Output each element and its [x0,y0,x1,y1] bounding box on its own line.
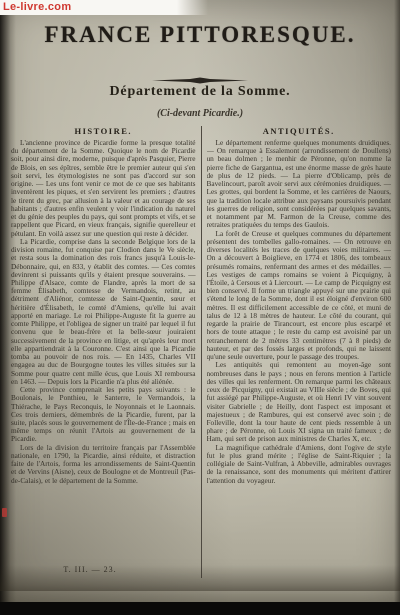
paragraph: Le département renferme quelques monumen… [207,139,392,230]
paragraph: La magnifique cathédrale d'Amiens, dont … [207,444,392,485]
red-mark [2,508,7,517]
paragraph: La Picardie, comprise dans la seconde Be… [11,238,196,386]
column-header-antiquites: ANTIQUITÉS. [207,126,392,136]
watermark-text: Le-livre.com [3,1,71,13]
text-columns: HISTOIRE. L'ancienne province de Picardi… [11,126,391,578]
page-bottom-shade [0,565,400,591]
scanned-book-page: FRANCE PITTORESQUE. Département de la So… [0,0,400,615]
column-body-histoire: L'ancienne province de Picardie forme la… [11,139,196,485]
page-right-edge [394,0,400,603]
department-heading: Département de la Somme. [0,84,400,100]
column-divider [201,126,202,578]
paragraph: Cette province comprenait les petits pay… [11,386,196,444]
paper: FRANCE PITTORESQUE. Département de la So… [0,0,400,603]
column-header-histoire: HISTOIRE. [11,126,196,136]
column-histoire: HISTOIRE. L'ancienne province de Picardi… [11,126,196,578]
column-body-antiquites: Le département renferme quelques monumen… [207,139,392,485]
paragraph: Les antiquités qui remontent au moyen-âg… [207,361,392,443]
paragraph: Lors de la division du territoire frança… [11,444,196,485]
paragraph: La forêt de Creuse et quelques communes … [207,230,392,362]
subheading: (Ci-devant Picardie.) [0,108,400,119]
page-title: FRANCE PITTORESQUE. [0,22,400,48]
column-antiquites: ANTIQUITÉS. Le département renferme quel… [207,126,392,578]
scan-edge [0,602,400,615]
watermark: Le-livre.com [0,0,208,15]
paragraph: L'ancienne province de Picardie forme la… [11,139,196,238]
